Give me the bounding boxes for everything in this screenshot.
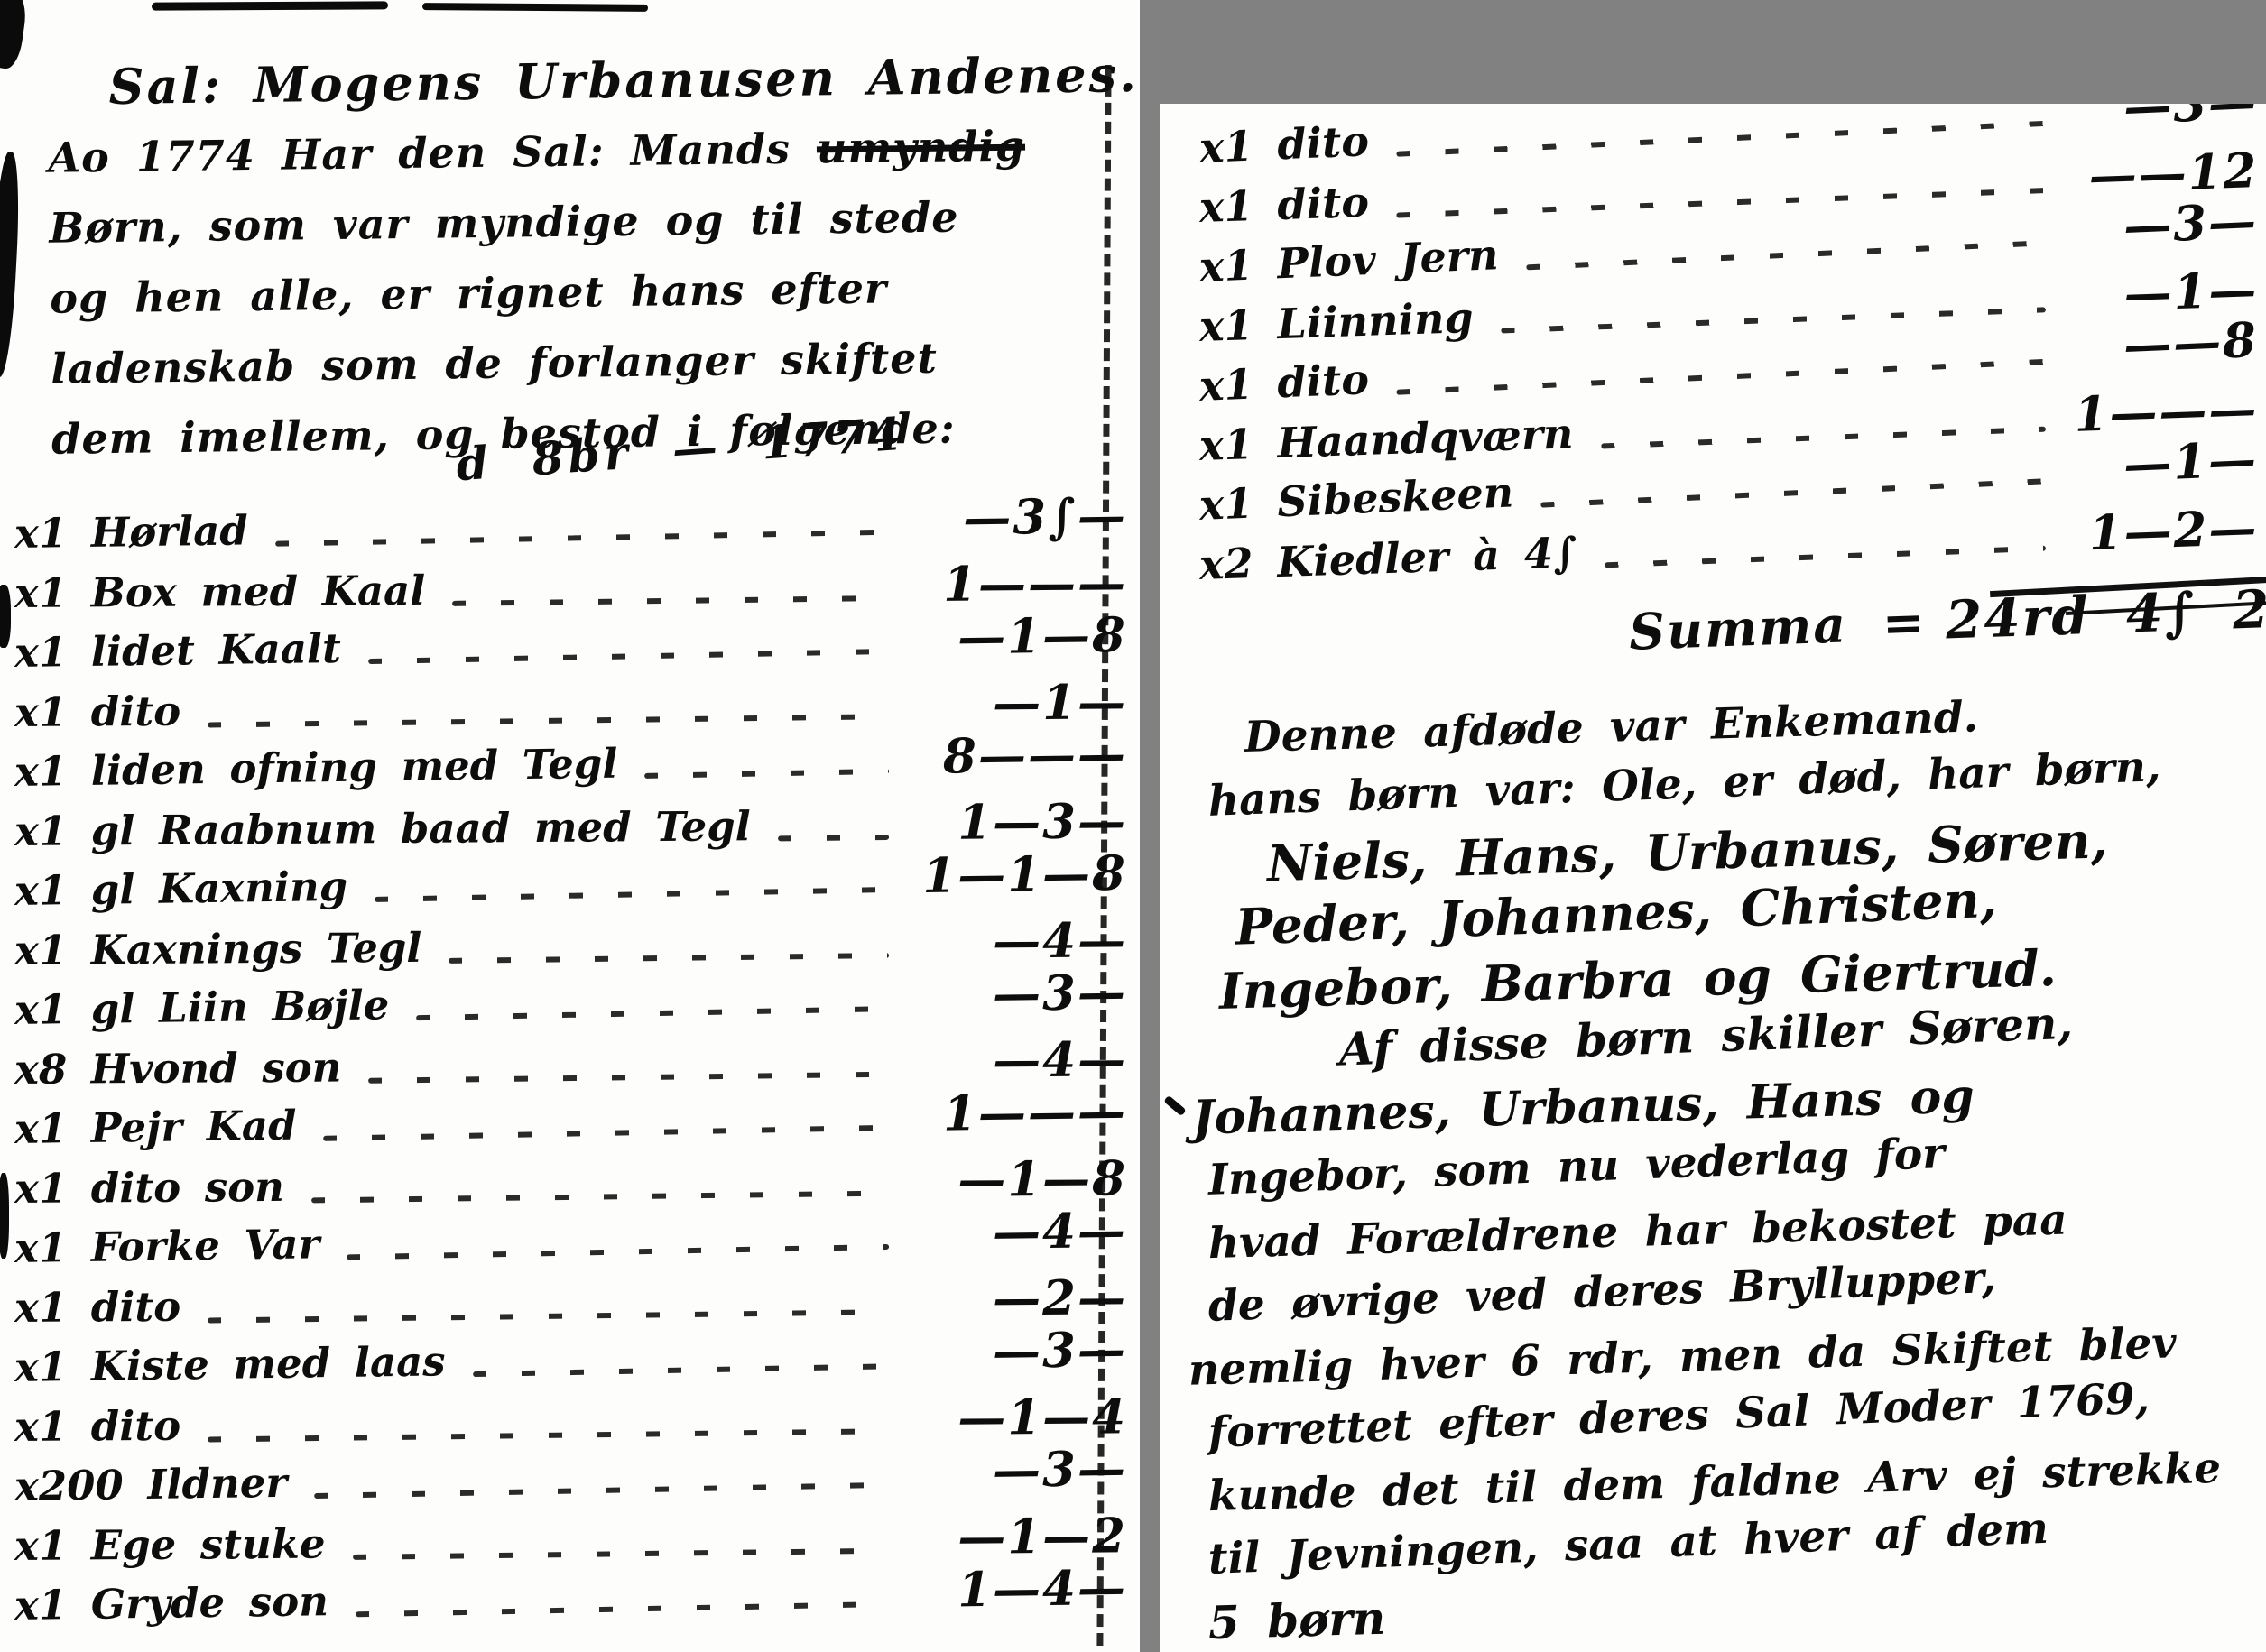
item-label: x1 Plov Jern: [1198, 230, 1500, 291]
heading-line: Børn, som var myndige og til stede: [34, 180, 1124, 263]
item-label: x1 dito son: [14, 1163, 284, 1213]
item-value: —1—8: [912, 1150, 1127, 1208]
heading-line: Sal: Mogens Urbanusen Andenes.: [32, 39, 1123, 123]
item-value: 1—4—: [911, 1560, 1127, 1619]
dotted-leader: [375, 887, 889, 902]
dotted-leader: [416, 1006, 889, 1020]
dotted-leader: [449, 953, 889, 964]
item-value: —1—2: [912, 1508, 1127, 1565]
probate-text: Denne afdøde var Enkemand. hans børn var…: [1181, 708, 2259, 1652]
item-value: ——8: [2067, 312, 2259, 376]
item-value: —3—: [911, 1441, 1127, 1500]
item-value: 1———: [912, 555, 1127, 613]
summa-value: 24rd 4∫ 2/: [1925, 577, 2266, 651]
ink-smudge: [152, 1, 388, 10]
item-value: 1———: [911, 1084, 1127, 1142]
dotted-leader: [311, 1191, 889, 1204]
item-value: —4—: [911, 1203, 1127, 1261]
item-value: —3∫—: [911, 488, 1127, 547]
dotted-leader: [778, 835, 889, 842]
dotted-leader: [368, 649, 889, 664]
item-value: —1—: [2067, 431, 2259, 495]
dotted-leader: [1541, 478, 2046, 507]
dotted-leader: [208, 1428, 889, 1442]
dotted-leader: [644, 769, 889, 779]
dotted-leader: [1396, 359, 2045, 395]
dotted-leader: [324, 1125, 890, 1141]
item-value: 1—2—: [2067, 500, 2259, 562]
dotted-leader: [356, 1601, 889, 1617]
item-label: x8 Hvond son: [14, 1043, 342, 1094]
item-label: x200 Ildner: [14, 1459, 288, 1510]
ink-blot: [0, 1173, 9, 1259]
item-value: 1—3—: [912, 793, 1127, 851]
dotted-leader: [473, 1363, 889, 1377]
dotted-leader: [368, 1072, 889, 1084]
inventory-list-left: x1 Hørlad—3∫— x1 Box med Kaal1——— x1 lid…: [14, 503, 1127, 1635]
item-label: x1 Hørlad: [14, 506, 248, 558]
item-label: x1 dito: [1198, 355, 1370, 411]
item-value: —4—: [912, 912, 1127, 970]
item-value: —3—: [911, 964, 1127, 1023]
dotted-leader: [1605, 546, 2046, 568]
item-label: x1 Ege stuke: [14, 1520, 326, 1570]
item-label: x1 Kiste med laas: [14, 1337, 446, 1391]
inventory-list-right: x1 dito—3— x1 dito——12 x1 Plov Jern—3— x…: [1199, 118, 2259, 595]
item-label: x1 lidet Kaalt: [14, 624, 342, 677]
ink-blot: [0, 585, 11, 648]
summa-label: Summa =: [1628, 592, 1927, 660]
heading-line: og hen alle, er rignet hans efter: [35, 250, 1125, 334]
item-label: x1 dito: [14, 1283, 181, 1332]
item-label: x1 Sibeskeen: [1198, 467, 1514, 530]
item-value: 8———: [911, 726, 1127, 785]
item-label: x1 gl Liin Bøjle: [14, 981, 390, 1034]
item-value: —1—4: [912, 1389, 1127, 1446]
item-value: —4—: [912, 1031, 1127, 1089]
dotted-leader: [208, 1309, 889, 1323]
dotted-leader: [1396, 121, 2045, 157]
heading-line: Ao 1774 Har den Sal: Mands umyndig: [33, 109, 1124, 193]
dotted-leader: [353, 1548, 890, 1560]
item-label: x1 Gryde son: [14, 1577, 329, 1629]
heading-line-text: Ao 1774 Har den Sal: Mands: [48, 125, 791, 182]
dotted-leader: [452, 595, 889, 606]
ink-blot: [0, 151, 23, 377]
struck-word: umyndig: [817, 122, 1026, 173]
item-label: x1 Pejr Kad: [14, 1102, 297, 1153]
item-value: —1—8: [911, 607, 1127, 666]
item-value: —3—: [2067, 193, 2259, 257]
ink-blot: [0, 0, 29, 70]
dotted-leader: [275, 530, 889, 547]
item-label: x1 Liinning: [1198, 293, 1474, 351]
dotted-leader: [347, 1244, 889, 1260]
dotted-leader: [314, 1482, 889, 1499]
item-label: x1 dito: [14, 1402, 181, 1451]
heading-line: ladenskab som de forlanger skiftet: [36, 320, 1126, 404]
heading: Sal: Mogens Urbanusen Andenes. Ao 1774 H…: [32, 39, 1127, 475]
inventory-row: x1 Hørlad—3∫—: [14, 488, 1128, 563]
item-label: x1 Forke Var: [14, 1220, 320, 1272]
item-label: x1 Kaxnings Tegl: [14, 924, 422, 974]
item-label: x1 dito: [14, 688, 181, 736]
dotted-leader: [208, 714, 889, 727]
item-label: x1 liden ofning med Tegl: [14, 740, 618, 796]
item-label: x1 Box med Kaal: [14, 567, 426, 617]
item-label: x1 gl Kaxning: [14, 863, 348, 915]
item-value: 1—1—8: [911, 845, 1127, 904]
item-label: x2 Kiedler à 4∫: [1198, 528, 1577, 589]
right-page: x1 dito—3— x1 dito——12 x1 Plov Jern—3— x…: [1160, 104, 2266, 1652]
item-value: —2—: [912, 1269, 1127, 1327]
item-label: x1 dito: [1198, 116, 1370, 172]
ink-smudge: [422, 3, 648, 12]
item-value: —3—: [2067, 104, 2259, 138]
item-label: x1 dito: [1198, 178, 1370, 232]
item-label: x1 gl Raabnum baad med Tegl: [14, 802, 751, 855]
dotted-leader: [1526, 240, 2046, 270]
item-value: —3—: [911, 1322, 1127, 1380]
left-page: Sal: Mogens Urbanusen Andenes. Ao 1774 H…: [0, 0, 1140, 1652]
item-value: —1—: [912, 674, 1127, 732]
item-label: x1 Haandqværn: [1198, 409, 1574, 470]
